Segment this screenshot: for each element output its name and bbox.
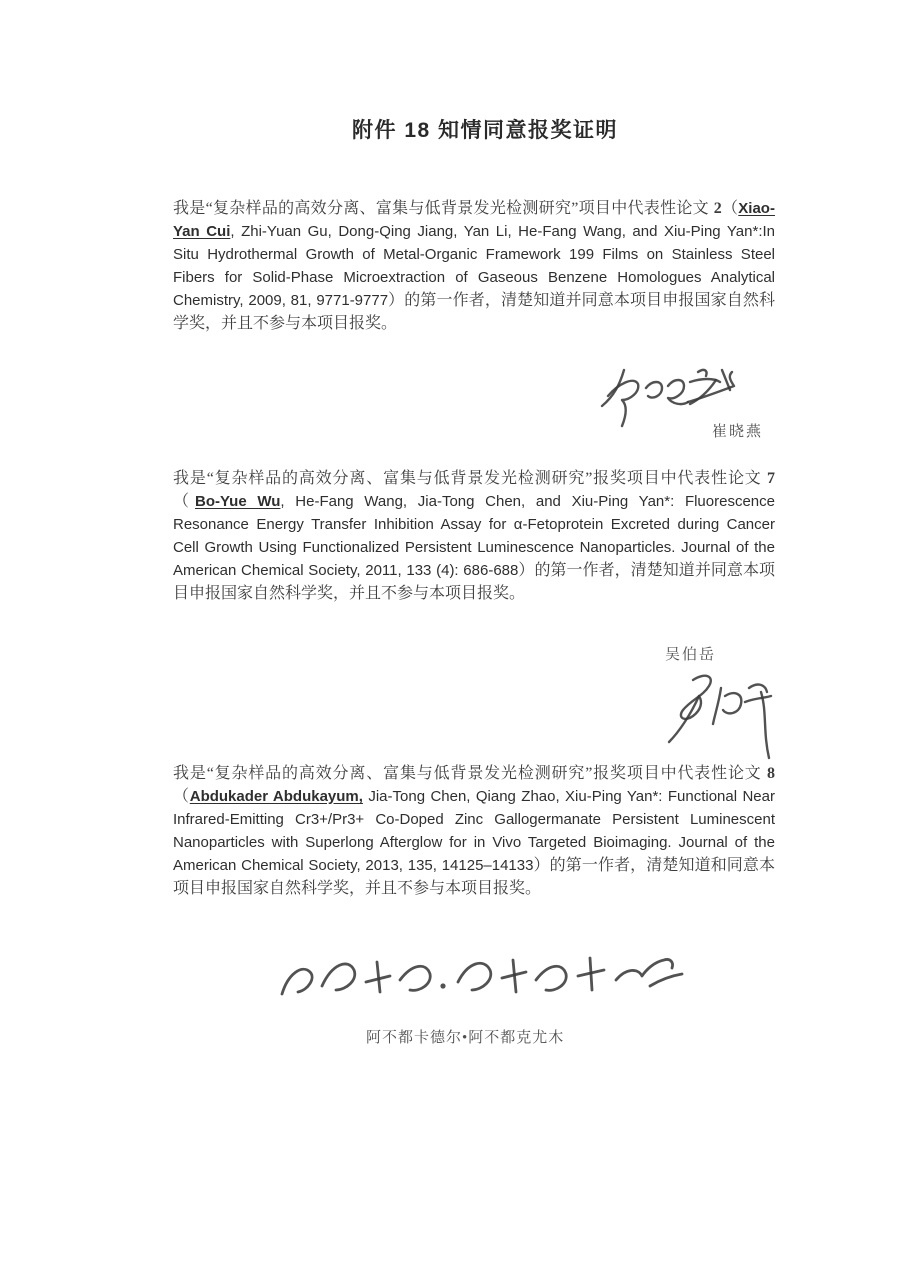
text-segment: 我是“复杂样品的高效分离、富集与低背景发光检测研究”报奖项目中代表性论文 bbox=[173, 765, 767, 782]
signer-name-wu-boyue: 吴伯岳 bbox=[665, 643, 716, 664]
consent-paragraph-paper-7: 我是“复杂样品的高效分离、富集与低背景发光检测研究”报奖项目中代表性论文 7（B… bbox=[173, 467, 775, 605]
text-segment: （ bbox=[173, 493, 195, 510]
text-segment: （ bbox=[173, 788, 190, 805]
text-segment: 2 bbox=[714, 200, 722, 217]
handwritten-signature-abdukayum bbox=[274, 946, 692, 1020]
text-segment: Abdukader Abdukayum, bbox=[190, 788, 363, 805]
consent-paragraph-paper-8: 我是“复杂样品的高效分离、富集与低背景发光检测研究”报奖项目中代表性论文 8（A… bbox=[173, 762, 775, 900]
text-segment: Bo-Yue Wu bbox=[195, 493, 280, 510]
handwritten-signature-wu-boyue bbox=[663, 670, 777, 762]
consent-paragraph-paper-2: 我是“复杂样品的高效分离、富集与低背景发光检测研究”项目中代表性论文 2（Xia… bbox=[173, 197, 775, 335]
signer-name-cui-xiaoyan: 崔晓燕 bbox=[712, 420, 763, 441]
signer-name-abdukayum: 阿不都卡德尔•阿不都克尤木 bbox=[366, 1026, 564, 1047]
text-segment: 我是“复杂样品的高效分离、富集与低背景发光检测研究”项目中代表性论文 bbox=[173, 200, 714, 217]
text-segment: （ bbox=[722, 200, 739, 217]
text-segment: 7 bbox=[767, 470, 775, 487]
page-title: 附件 18 知情同意报奖证明 bbox=[352, 114, 618, 144]
text-segment: 8 bbox=[767, 765, 775, 782]
consent-document-page: 附件 18 知情同意报奖证明 我是“复杂样品的高效分离、富集与低背景发光检测研究… bbox=[0, 0, 900, 1272]
text-segment: 我是“复杂样品的高效分离、富集与低背景发光检测研究”报奖项目中代表性论文 bbox=[173, 470, 767, 487]
